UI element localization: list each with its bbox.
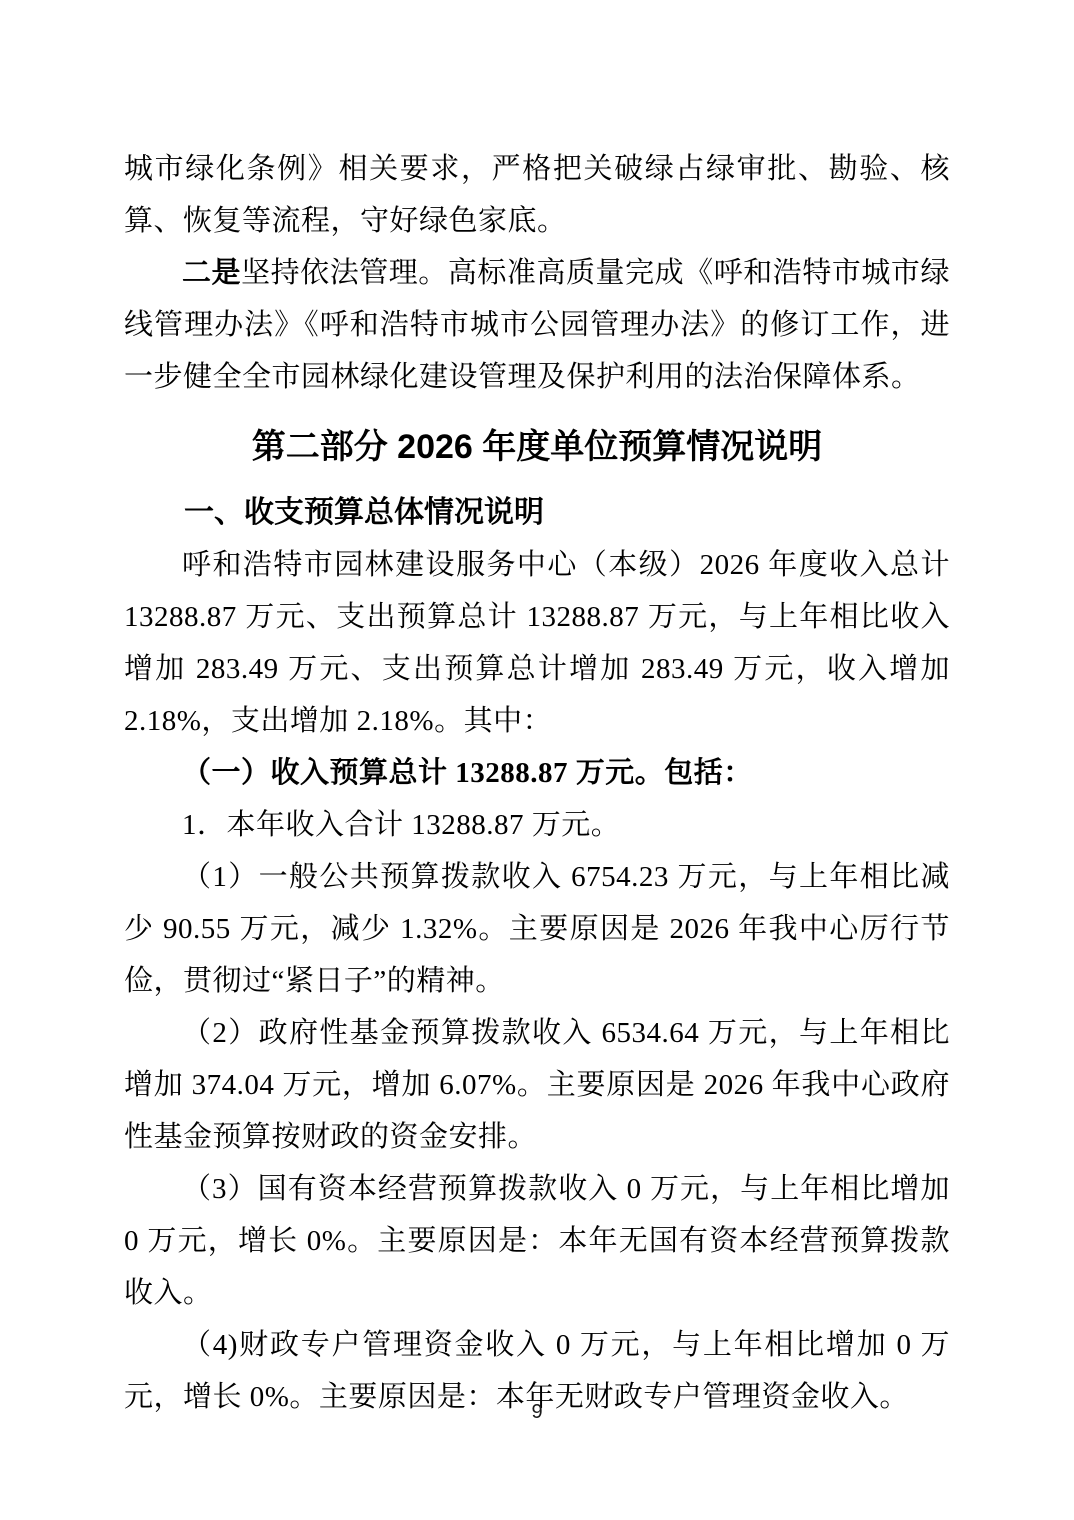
text-run: （2）政府性基金预算拨款收入 6534.64 万元，与上年相比增加 374.04… xyxy=(124,1017,950,1153)
paragraph-item3-state-capital: （3）国有资本经营预算拨款收入 0 万元，与上年相比增加 0 万元，增长 0%。… xyxy=(124,1163,950,1319)
text-run: （1）一般公共预算拨款收入 6754.23 万元，与上年相比减少 90.55 万… xyxy=(124,861,950,997)
text-run: 城市绿化条例》相关要求，严格把关破绿占绿审批、勘验、核算、恢复等流程，守好绿色家… xyxy=(124,153,950,237)
paragraph-item1-general-public-budget: （1）一般公共预算拨款收入 6754.23 万元，与上年相比减少 90.55 万… xyxy=(124,851,950,1007)
paragraph-second-point-law-management: 二是坚持依法管理。高标准高质量完成《呼和浩特市城市绿线管理办法》《呼和浩特市城市… xyxy=(124,247,950,403)
paragraph-continuation-greening-rules: 城市绿化条例》相关要求，严格把关破绿占绿审批、勘验、核算、恢复等流程，守好绿色家… xyxy=(124,143,950,247)
part2-heading: 第二部分 2026 年度单位预算情况说明 xyxy=(124,421,950,473)
paragraph-item2-government-fund: （2）政府性基金预算拨款收入 6534.64 万元，与上年相比增加 374.04… xyxy=(124,1007,950,1163)
text-run: （3）国有资本经营预算拨款收入 0 万元，与上年相比增加 0 万元，增长 0%。… xyxy=(124,1173,950,1309)
text-run: 坚持依法管理。高标准高质量完成《呼和浩特市城市绿线管理办法》《呼和浩特市城市公园… xyxy=(124,257,950,393)
text-run: 呼和浩特市园林建设服务中心（本级）2026 年度收入总计 13288.87 万元… xyxy=(124,549,950,737)
page-number: 9 xyxy=(531,1401,542,1423)
page-footer: 9 xyxy=(0,1398,1074,1426)
paragraph-income-budget-total-heading: （一）收入预算总计 13288.87 万元。包括： xyxy=(124,747,950,799)
document-body: 城市绿化条例》相关要求，严格把关破绿占绿审批、勘验、核算、恢复等流程，守好绿色家… xyxy=(124,143,950,1423)
text-run: 1．本年收入合计 13288.87 万元。 xyxy=(182,809,620,841)
paragraph-budget-totals: 呼和浩特市园林建设服务中心（本级）2026 年度收入总计 13288.87 万元… xyxy=(124,539,950,747)
paragraph-current-year-income: 1．本年收入合计 13288.87 万元。 xyxy=(124,799,950,851)
document-page: 城市绿化条例》相关要求，严格把关破绿占绿审批、勘验、核算、恢复等流程，守好绿色家… xyxy=(0,0,1074,1520)
text-run-bold-lead: 二是 xyxy=(182,257,241,289)
section1-heading-budget-overview: 一、收支预算总体情况说明 xyxy=(124,487,950,539)
text-run-bold: （一）收入预算总计 13288.87 万元。包括： xyxy=(182,757,753,789)
